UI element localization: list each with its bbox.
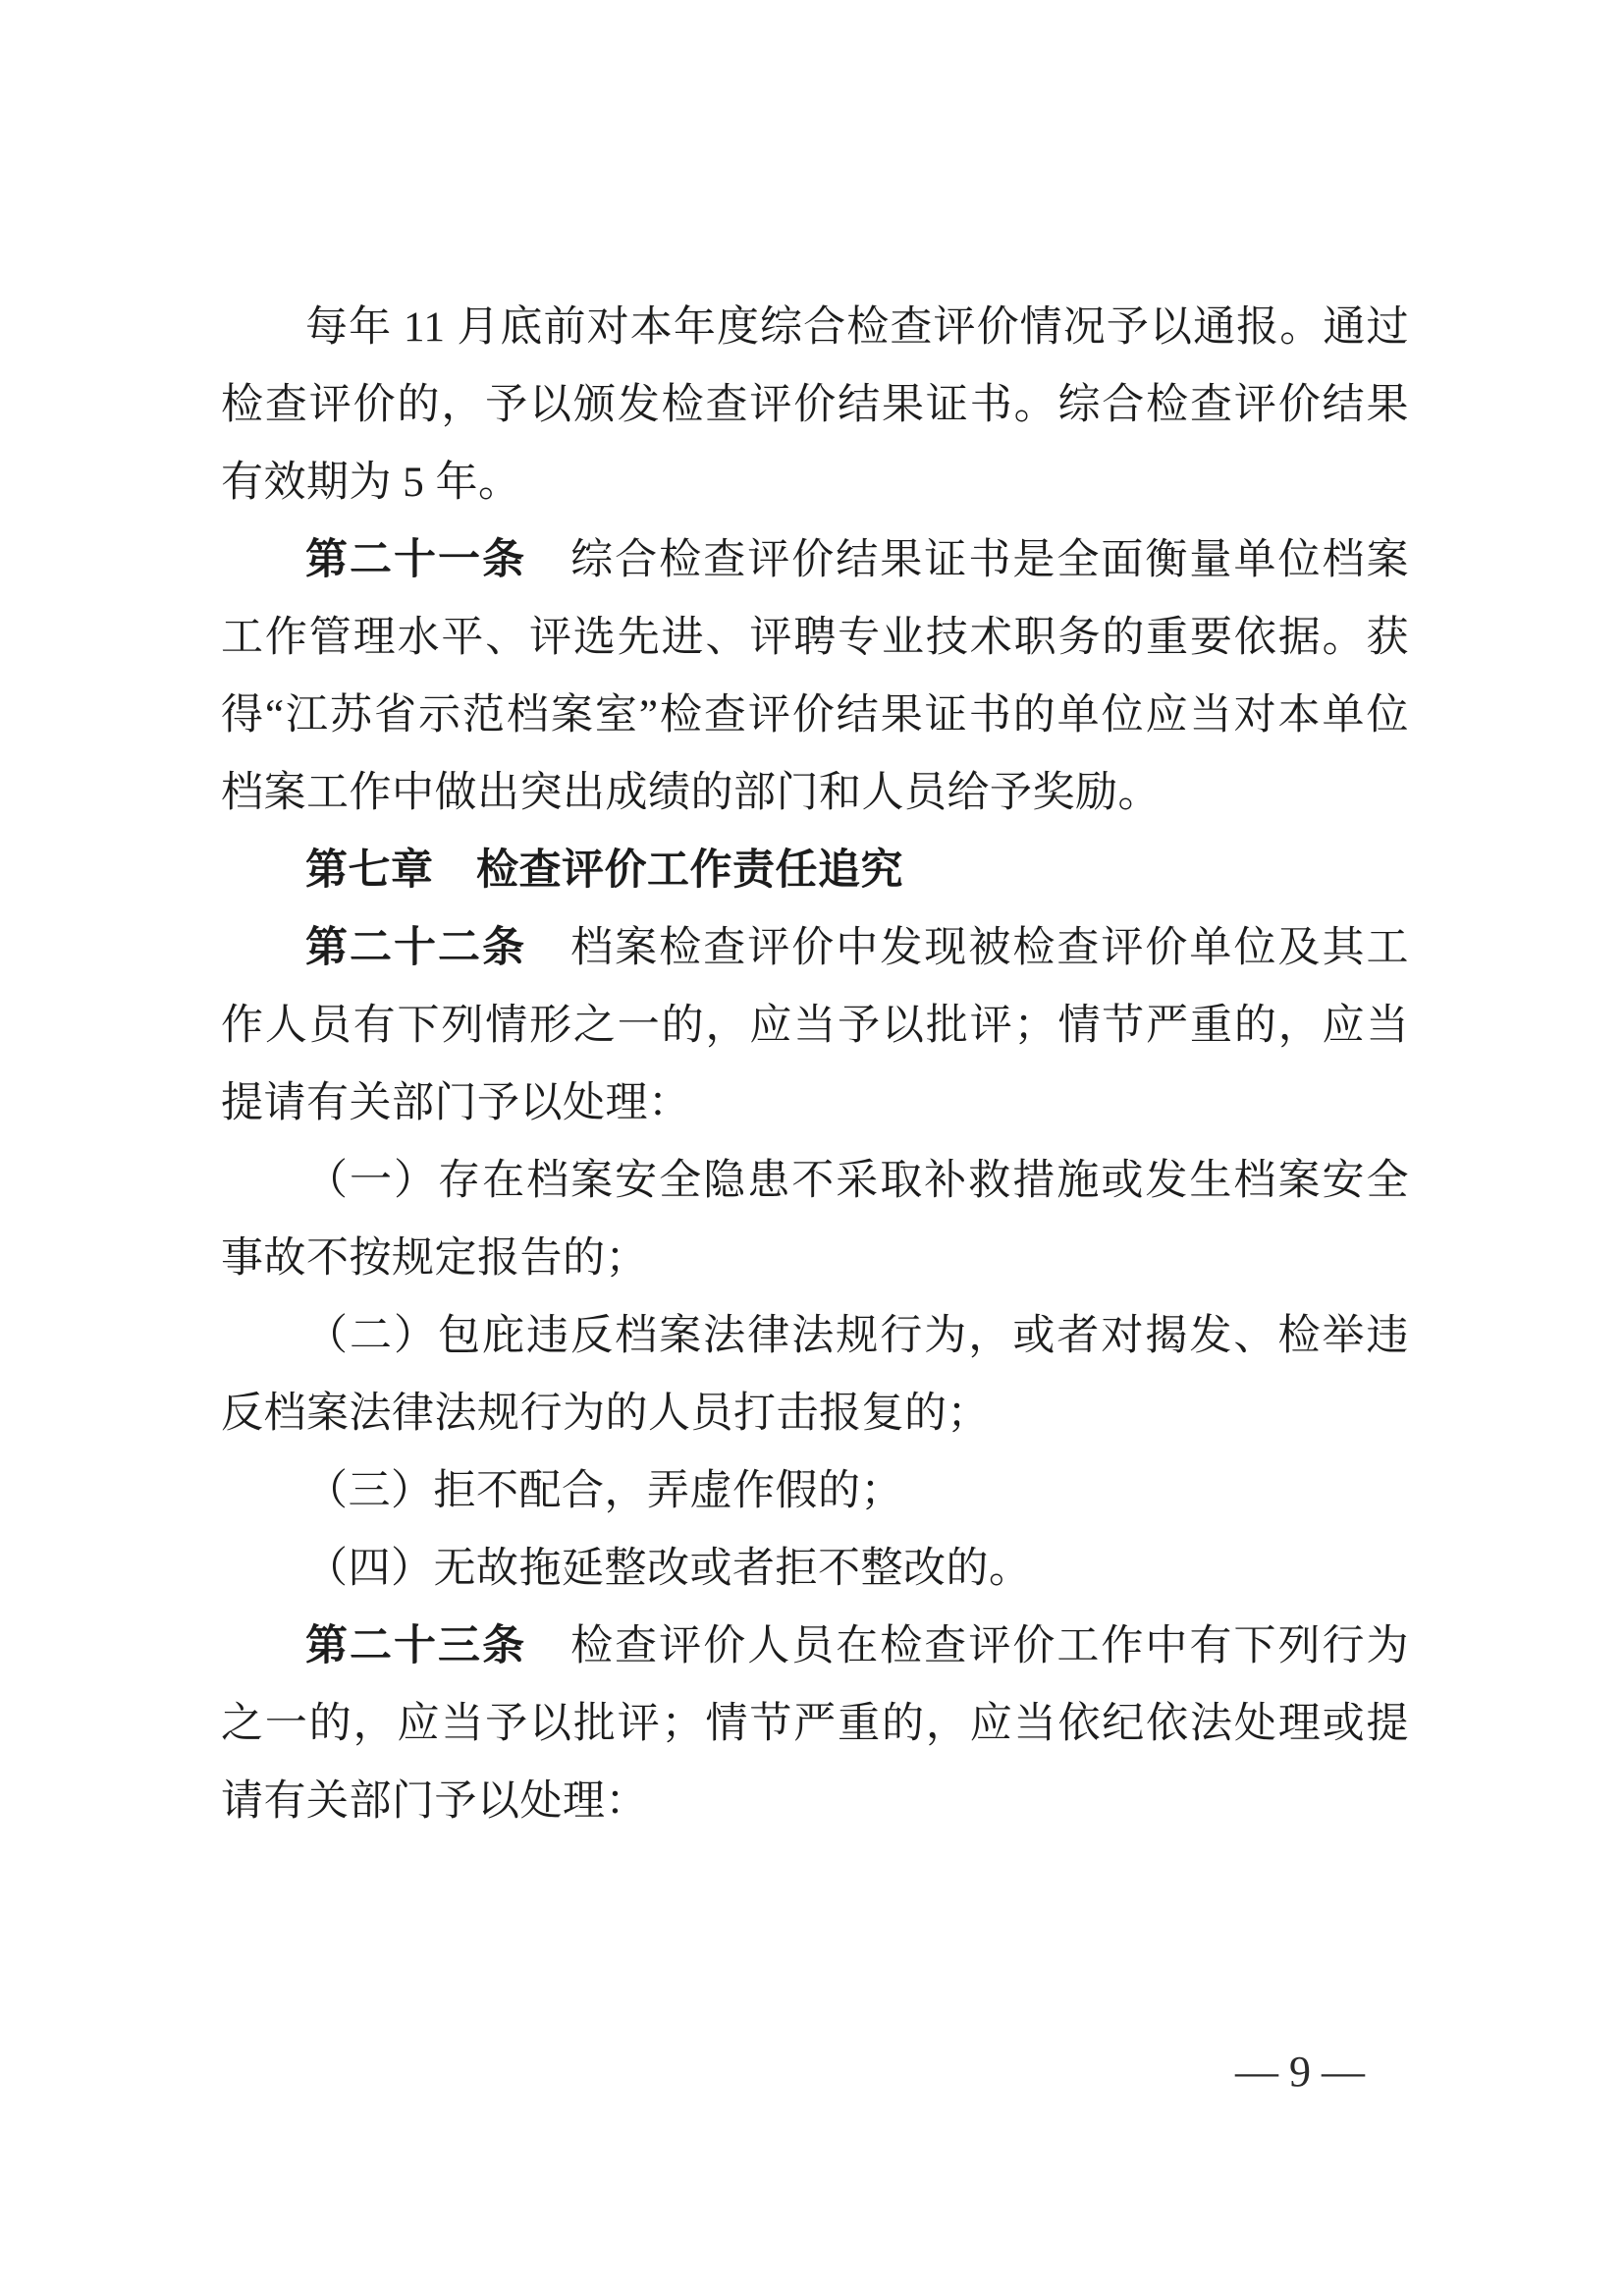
paragraph: 第二十一条 综合检查评价结果证书是全面衡量单位档案工作管理水平、评选先进、评聘专…: [221, 521, 1409, 832]
paragraph: 第二十三条 检查评价人员在检查评价工作中有下列行为之一的，应当予以批评；情节严重…: [221, 1608, 1409, 1840]
article-term: 第二十二条: [305, 924, 526, 971]
article-term: 第二十一条: [305, 536, 526, 583]
paragraph: 第二十二条 档案检查评价中发现被检查评价单位及其工作人员有下列情形之一的，应当予…: [221, 909, 1409, 1142]
chapter-heading: 第七章 检查评价工作责任追究: [221, 832, 1409, 909]
paragraph: （三）拒不配合，弄虚作假的；: [221, 1452, 1409, 1530]
paragraph: 每年 11 月底前对本年度综合检查评价情况予以通报。通过检查评价的，予以颁发检查…: [221, 289, 1409, 521]
paragraph-text: （三）拒不配合，弄虚作假的；: [305, 1468, 903, 1514]
paragraph-text: 每年 11 月底前对本年度综合检查评价情况予以通报。通过检查评价的，予以颁发检查…: [221, 304, 1409, 506]
article-term: 第二十三条: [305, 1622, 526, 1669]
paragraph-text: （二）包庇违反档案法律法规行为，或者对揭发、检举违反档案法律法规行为的人员打击报…: [221, 1313, 1409, 1437]
paragraph-text: （四）无故拖延整改或者拒不整改的。: [305, 1546, 1032, 1592]
paragraph-text: （一）存在档案安全隐患不采取补救措施或发生档案安全事故不按规定报告的；: [221, 1158, 1409, 1282]
page-number: — 9 —: [1235, 2043, 1365, 2102]
document-body: 每年 11 月底前对本年度综合检查评价情况予以通报。通过检查评价的，予以颁发检查…: [221, 289, 1409, 1840]
paragraph: （二）包庇违反档案法律法规行为，或者对揭发、检举违反档案法律法规行为的人员打击报…: [221, 1297, 1409, 1452]
paragraph: （四）无故拖延整改或者拒不整改的。: [221, 1530, 1409, 1608]
paragraph: （一）存在档案安全隐患不采取补救措施或发生档案安全事故不按规定报告的；: [221, 1142, 1409, 1297]
document-page: 每年 11 月底前对本年度综合检查评价情况予以通报。通过检查评价的，予以颁发检查…: [0, 0, 1624, 2296]
